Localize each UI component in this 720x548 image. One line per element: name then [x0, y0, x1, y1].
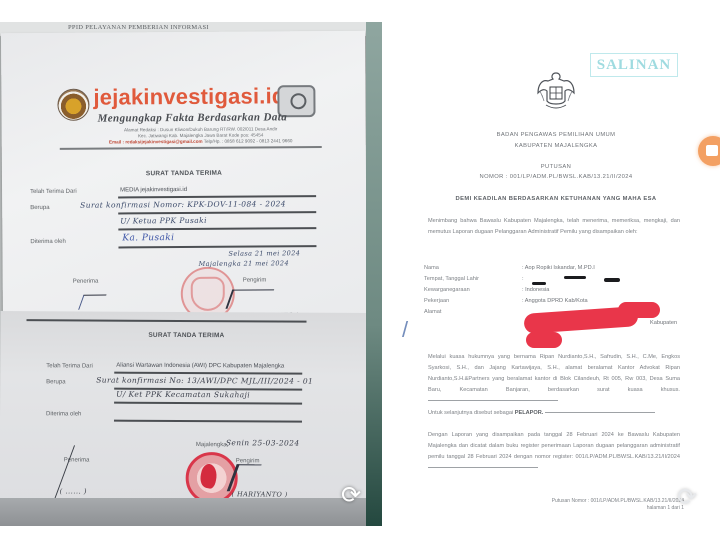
letterhead-divider	[60, 146, 322, 150]
field-line	[114, 420, 302, 422]
doc-number: NOMOR : 001/LP/ADM.PL/BWSL.KAB/13.21/II/…	[392, 174, 720, 180]
laporan-text: Dengan Laporan yang disampaikan pada tan…	[428, 432, 680, 460]
letterhead-slogan: Mengungkap Fakta Berdasarkan Data	[98, 111, 288, 124]
label-form: Berupa	[46, 379, 65, 385]
doc-type: PUTUSAN	[392, 164, 720, 170]
letterhead-title: jejakinvestigasi.id	[93, 83, 285, 110]
field-value-pekerjaan: : Anggota DPRD Kab/Kota	[522, 298, 588, 304]
org-name-line1: BADAN PENGAWAS PEMILIHAN UMUM	[392, 132, 720, 138]
address-redaction	[618, 302, 660, 318]
handwritten-date-line1: Selasa 21 mei 2024	[228, 249, 300, 258]
garuda-emblem-icon	[534, 67, 578, 115]
field-label-alamat: Alamat	[424, 309, 441, 315]
field-line	[114, 402, 302, 404]
recipient-name: ( ...... )	[60, 487, 87, 495]
field-value-nama: : Aop Ropiki Iskandar, M.PD.I	[522, 265, 595, 271]
jejakinvestigasi-logo-icon	[57, 89, 89, 121]
sender-signature	[225, 289, 274, 308]
label-from: Telah Terima Dari	[30, 189, 77, 195]
field-value-ttl: :	[522, 276, 524, 282]
red-stamp	[186, 452, 238, 504]
field-line	[118, 211, 316, 214]
kuasa-text: Melalui kuasa hukumnya yang bernama Ripa…	[428, 354, 680, 393]
kuasa-paragraph: Melalui kuasa hukumnya yang bernama Ripa…	[428, 352, 680, 407]
floating-chat-button[interactable]	[698, 136, 720, 166]
pelapor-prefix: Untuk selanjutnya disebut sebagai	[428, 410, 515, 416]
handwritten-form-line2: U/ Ketua PPK Pusaki	[120, 216, 207, 226]
label-received: Diterima oleh	[30, 239, 65, 245]
receipt-sheet-awi: SURAT TANDA TERIMA Telah Terima Dari Ali…	[0, 311, 373, 526]
pelapor-line: Untuk selanjutnya disebut sebagai PELAPO…	[428, 408, 680, 419]
receipt-photo: PPID Pelayanan Pemberian Informasi jejak…	[0, 22, 382, 526]
field-line	[118, 195, 316, 198]
letterhead-contact: Email : redaksijejakinvestigasi@gmail.co…	[72, 138, 330, 145]
handwritten-date: Senin 25-03-2024	[226, 438, 300, 447]
letterhead-email: Email : redaksijejakinvestigasi@gmail.co…	[109, 139, 203, 145]
dotted-fill	[428, 467, 538, 468]
address-tail: Kabupaten	[650, 320, 677, 326]
rotate-icon[interactable]: ⟳	[338, 482, 364, 508]
address-redaction	[526, 332, 562, 348]
field-label-nama: Nama	[424, 265, 439, 271]
label-from: Telah Terima Dari	[46, 363, 93, 369]
recipient-signature	[78, 295, 106, 310]
putusan-document: SALINAN BADAN PENGAWAS PEMILIHAN UMUM KA…	[392, 40, 720, 548]
laporan-paragraph: Dengan Laporan yang disampaikan pada tan…	[428, 430, 680, 474]
handwritten-form-line1: Surat konfirmasi No: 13/AWI/DPC MJL/III/…	[96, 376, 313, 386]
handwritten-received: Ka. Pusaki	[122, 233, 174, 243]
pen-mark-icon: /	[402, 318, 426, 342]
receipt-title: SURAT TANDA TERIMA	[2, 169, 366, 179]
receipt-sheet-jejakinvestigasi: jejakinvestigasi.id Mengungkap Fakta Ber…	[1, 31, 367, 332]
label-received: Diterima oleh	[46, 411, 81, 417]
field-line	[114, 372, 302, 374]
org-name-line2: KABUPATEN MAJALENGKA	[392, 143, 720, 149]
redaction-mark	[564, 276, 586, 279]
dotted-fill	[545, 412, 655, 413]
letterhead-phone: Telp/Hp. : 0858 612 9092 - 0813 2441 966…	[204, 138, 293, 144]
footer-doc-number: Putusan Nomor : 001/LP/ADM.PL/BWSL.KAB/1…	[552, 498, 684, 504]
oath-heading: DEMI KEADILAN BERDASARKAN KETUHANAN YANG…	[392, 196, 720, 202]
label-recipient: Penerima	[73, 279, 99, 285]
rotate-icon[interactable]: ⟳	[674, 484, 700, 510]
label-sender: Pengirim	[243, 277, 267, 283]
field-label-kewarganegaraan: Kewarganegaraan	[424, 287, 470, 293]
intro-paragraph: Menimbang bahwa Bawaslu Kabupaten Majale…	[428, 216, 680, 238]
label-place: Majalengka,	[196, 442, 228, 448]
value-from: MEDIA jejakinvestigasi.id	[120, 187, 187, 193]
receipt-title: SURAT TANDA TERIMA	[0, 331, 372, 340]
salinan-stamp: SALINAN	[590, 53, 678, 77]
photo-bottom-surface	[0, 498, 372, 526]
letterhead: jejakinvestigasi.id Mengungkap Fakta Ber…	[57, 81, 328, 163]
handwritten-form-line1: Surat konfirmasi Nomor: KPK-DOV-11-084 -…	[80, 199, 286, 209]
redaction-mark	[532, 282, 546, 285]
field-line	[118, 245, 316, 248]
handwritten-form-line2: U/ Ket PPK Kecamatan Sukahaji	[116, 390, 250, 400]
redaction-mark	[604, 278, 620, 282]
photo-edge	[366, 22, 382, 526]
pelapor-bold: PELAPOR.	[515, 410, 544, 416]
top-divider	[27, 319, 307, 322]
label-form: Berupa	[30, 205, 49, 211]
value-from: Aliansi Wartawan Indonesia (AWI) DPC Kab…	[116, 363, 284, 370]
field-label-ttl: Tempat, Tanggal Lahir	[424, 276, 479, 282]
field-label-pekerjaan: Pekerjaan	[424, 298, 449, 304]
dotted-fill	[428, 400, 558, 401]
field-value-kewarganegaraan: : Indonesia	[522, 287, 549, 293]
field-line	[118, 227, 316, 230]
